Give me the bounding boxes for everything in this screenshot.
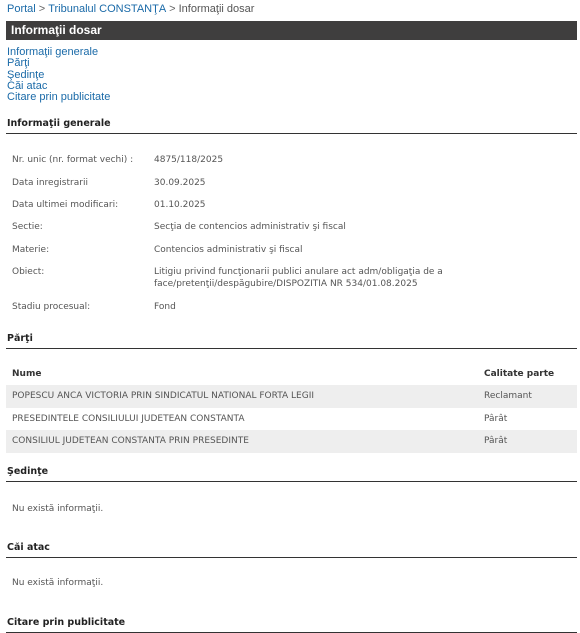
nav-link-parti[interactable]: Părţi [7,58,110,69]
party-role: Pârât [478,408,577,431]
breadcrumb-portal-link[interactable]: Portal [7,3,36,15]
breadcrumb-tribunal-link[interactable]: Tribunalul CONSTANŢA [48,3,166,15]
info-value: Secţia de contencios administrativ şi fi… [154,222,444,234]
party-role: Reclamant [478,385,577,408]
section-heading-citare-prin-publicitate: Citare prin publicitate [6,617,577,633]
breadcrumb-separator: > [39,3,45,15]
party-name: CONSILIUL JUDETEAN CONSTANTA PRIN PRESED… [6,430,478,453]
info-label: Materie: [12,245,49,255]
parti-table: Nume Calitate parte POPESCU ANCA VICTORI… [6,363,577,453]
page-title: Informaţii dosar [6,21,577,40]
info-value: Contencios administrativ şi fiscal [154,245,444,257]
cai-atac-empty-message: Nu există informaţii. [12,578,103,588]
section-heading-parti: Părţi [6,333,577,349]
table-row: CONSILIUL JUDETEAN CONSTANTA PRIN PRESED… [6,430,577,453]
column-header-nume: Nume [6,363,478,385]
section-heading-informatii-generale: Informaţii generale [6,118,577,134]
info-value: 30.09.2025 [154,178,444,190]
section-nav: Informaţii generale Părţi Şedinţe Căi at… [7,47,110,103]
party-name: PRESEDINTELE CONSILIULUI JUDETEAN CONSTA… [6,408,478,431]
info-value: Litigiu privind funcţionarii publici anu… [154,267,444,290]
info-label: Nr. unic (nr. format vechi) : [12,155,133,165]
table-row: POPESCU ANCA VICTORIA PRIN SINDICATUL NA… [6,385,577,408]
breadcrumb-current: Informaţii dosar [179,3,255,15]
section-heading-sedinte: Şedinţe [6,466,577,482]
sedinte-empty-message: Nu există informaţii. [12,504,103,514]
nav-link-citare[interactable]: Citare prin publicitate [7,92,110,103]
party-name: POPESCU ANCA VICTORIA PRIN SINDICATUL NA… [6,385,478,408]
breadcrumb: Portal>Tribunalul CONSTANŢA>Informaţii d… [7,3,254,15]
info-label: Data ultimei modificari: [12,200,118,210]
table-header-row: Nume Calitate parte [6,363,577,385]
breadcrumb-separator: > [169,3,175,15]
section-heading-cai-atac: Căi atac [6,542,577,558]
column-header-calitate-parte: Calitate parte [478,363,577,385]
info-value: Fond [154,302,444,314]
info-label: Stadiu procesual: [12,302,90,312]
info-label: Sectie: [12,222,43,232]
party-role: Pârât [478,430,577,453]
info-label: Obiect: [12,267,44,277]
table-row: PRESEDINTELE CONSILIULUI JUDETEAN CONSTA… [6,408,577,431]
info-value: 4875/118/2025 [154,155,444,167]
info-value: 01.10.2025 [154,200,444,212]
info-label: Data inregistrarii [12,178,88,188]
